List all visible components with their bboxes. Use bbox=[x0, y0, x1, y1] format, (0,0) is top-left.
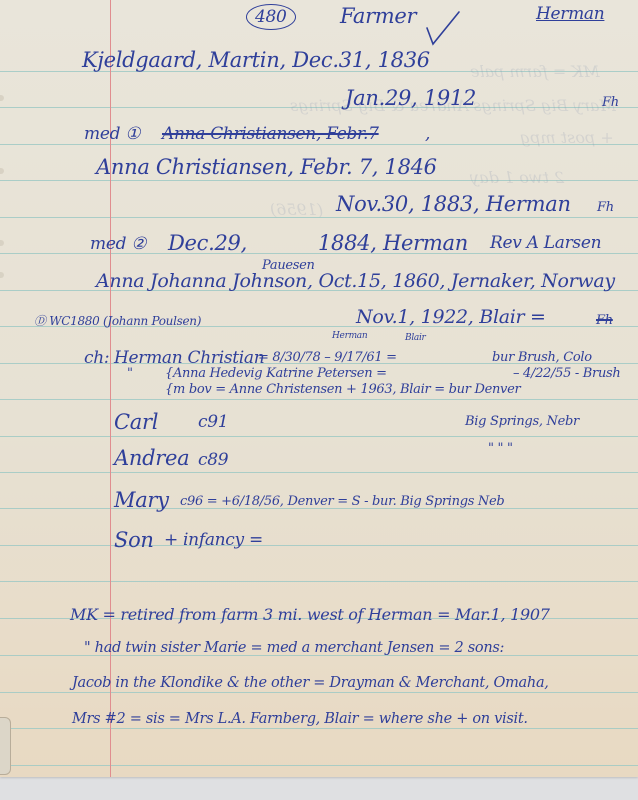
child-spouse-line: {m bov = Anne Christensen + 1963, Blair … bbox=[165, 382, 520, 397]
check-mark-icon bbox=[423, 10, 463, 50]
child-note: – 4/22/55 - Brush bbox=[513, 366, 621, 381]
bleed-through-text: (1956) bbox=[270, 200, 323, 219]
binder-notch bbox=[0, 95, 4, 101]
child-dates: + infancy = bbox=[164, 530, 263, 550]
marriage-2-officiant: Rev A Larsen bbox=[490, 233, 601, 253]
child-note: bur Brush, Colo bbox=[492, 350, 592, 365]
marriage-2-spouse: Anna Johanna Johnson, Oct.15, 1860, Jern… bbox=[96, 270, 615, 292]
child-note: " " " bbox=[488, 441, 513, 456]
ditto-mark: " bbox=[127, 366, 133, 381]
marriage-2-date: Dec.29, bbox=[168, 231, 247, 255]
binder-notch bbox=[0, 272, 4, 278]
child-name: Son bbox=[114, 528, 154, 552]
bleed-through-text: + post mpg bbox=[520, 128, 614, 147]
child-note: Big Springs, Nebr bbox=[465, 414, 579, 429]
marriage-1-spouse: Anna Christiansen, Febr. 7, 1846 bbox=[96, 155, 437, 179]
notebook-page: MK = farm pale Mary Big Springs Andrea &… bbox=[0, 0, 638, 777]
child-name: Andrea bbox=[114, 446, 189, 470]
rule-line bbox=[0, 545, 638, 546]
marriage-2-side-note: Ⓓ WC1880 (Johann Poulsen) bbox=[34, 312, 201, 329]
child-spouse-line: {Anna Hedevig Katrine Petersen = bbox=[165, 366, 387, 381]
rule-line bbox=[0, 472, 638, 473]
record-number-value: 480 bbox=[246, 4, 296, 30]
rule-line bbox=[0, 436, 638, 437]
rule-line bbox=[0, 581, 638, 582]
marriage-1-struck-text: Anna Christiansen, Febr.7 bbox=[162, 124, 379, 144]
note-line: Mrs #2 = sis = Mrs L.A. Farnberg, Blair … bbox=[72, 711, 528, 727]
marriage-2-death-mark: Fh bbox=[596, 313, 613, 328]
child-name: Carl bbox=[114, 410, 158, 434]
child-name: Herman Christian bbox=[114, 348, 264, 368]
marriage-2-year-place: 1884, Herman bbox=[318, 231, 468, 255]
margin-line bbox=[110, 0, 111, 777]
marriage-1-label: med ① bbox=[84, 124, 140, 144]
bleed-through-text: MK = farm pale bbox=[470, 62, 600, 81]
marriage-1-comma: , bbox=[425, 124, 430, 144]
note-line: Jacob in the Klondike & the other = Dray… bbox=[72, 675, 549, 691]
rule-line bbox=[0, 692, 638, 693]
binder-notch bbox=[0, 168, 4, 174]
children-label: ch: bbox=[84, 348, 109, 368]
note-line: " had twin sister Marie = med a merchant… bbox=[84, 640, 504, 656]
child-dates: c96 = +6/18/56, Denver = S - bur. Big Sp… bbox=[180, 494, 504, 509]
rule-line bbox=[0, 728, 638, 729]
occupation: Farmer bbox=[340, 4, 416, 28]
child-dates: c91 bbox=[198, 412, 228, 432]
subject-death-mark: Fh bbox=[602, 95, 619, 110]
child-dates: c89 bbox=[198, 450, 228, 470]
child-name: Mary bbox=[114, 488, 169, 512]
bleed-through-text: 2 two 1 day bbox=[470, 168, 564, 187]
rule-line bbox=[0, 765, 638, 766]
marriage-2-death: Nov.1, 1922, Blair = bbox=[356, 306, 546, 328]
marriage-2-label: med ② bbox=[90, 234, 146, 254]
binder-hole bbox=[0, 717, 11, 775]
subject-name-birth: Kjeldgaard, Martin, Dec.31, 1836 bbox=[82, 48, 430, 72]
binder-notch bbox=[0, 240, 4, 246]
note-line: MK = retired from farm 3 mi. west of Her… bbox=[70, 605, 550, 624]
child-annotation: Herman bbox=[332, 331, 367, 341]
record-number: 480 bbox=[246, 4, 296, 30]
marriage-1-death: Nov.30, 1883, Herman bbox=[336, 192, 571, 216]
child-dates: = 8/30/78 – 9/17/61 = bbox=[258, 350, 397, 365]
town-heading: Herman bbox=[536, 4, 604, 24]
subject-death-date: Jan.29, 1912 bbox=[345, 86, 476, 110]
child-annotation: Blair bbox=[405, 333, 426, 343]
rule-line bbox=[0, 399, 638, 400]
marriage-1-death-mark: Fh bbox=[597, 200, 614, 215]
